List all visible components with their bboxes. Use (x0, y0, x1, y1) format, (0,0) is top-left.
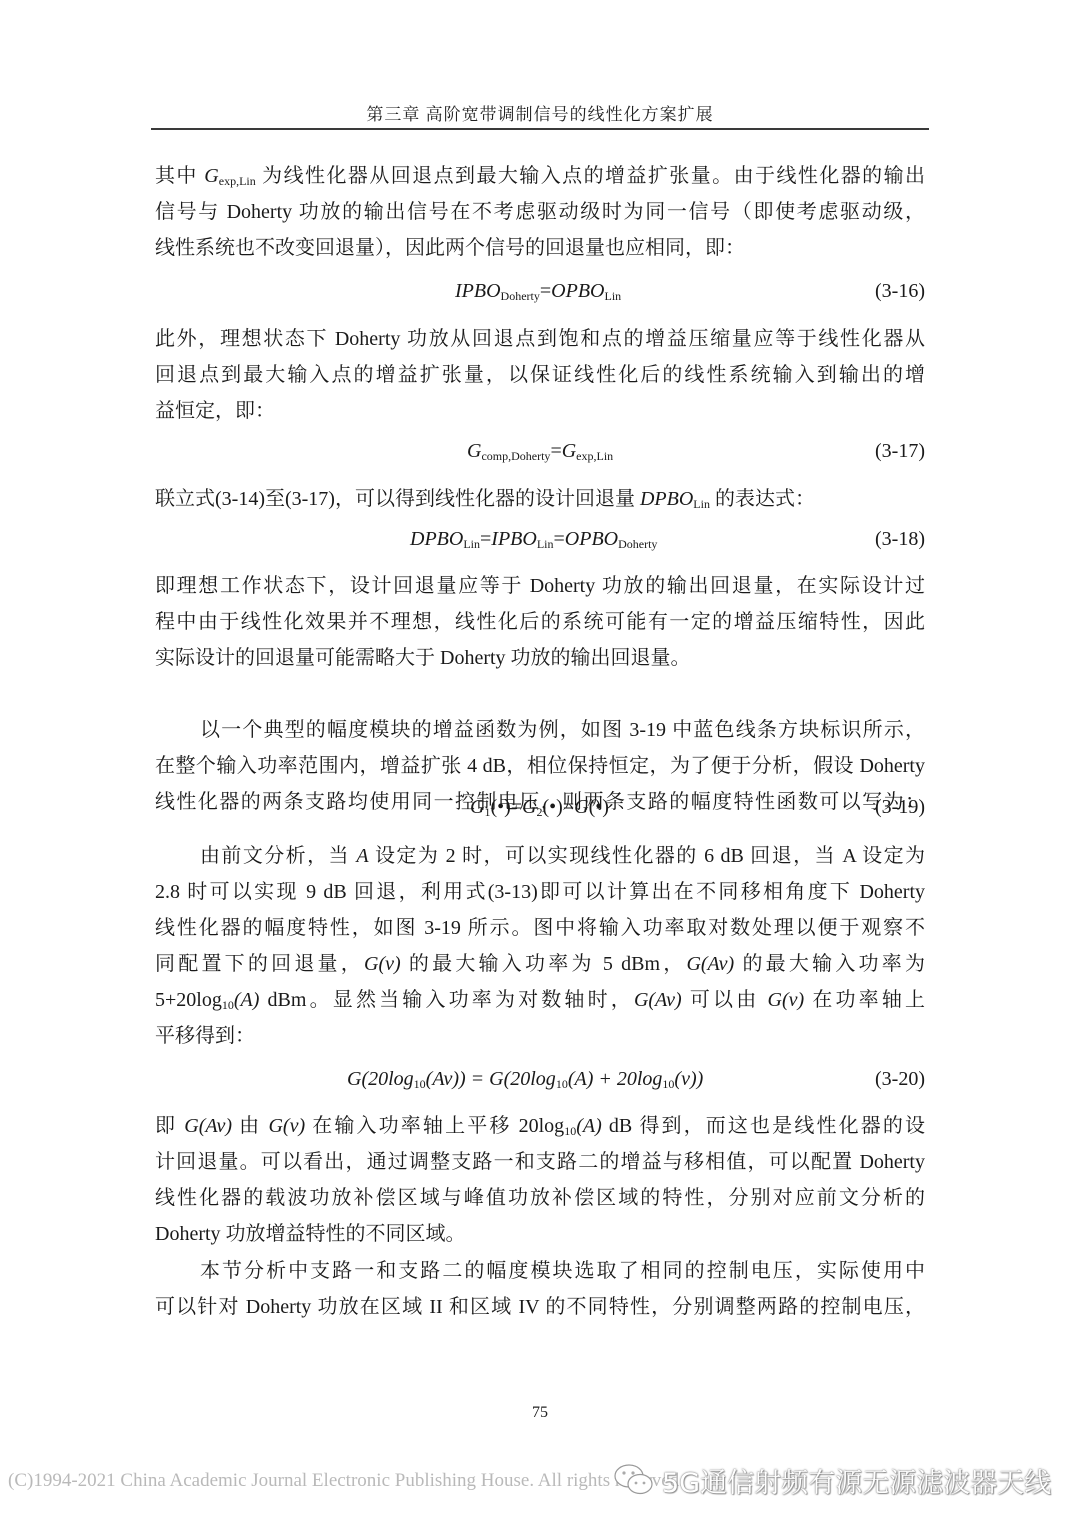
watermark-text: 5G通信射频有源无源滤波器天线 (662, 1461, 1051, 1500)
paragraph-line: 线性化器的幅度特性，如图 3-19 所示。图中将输入功率取对数处理以便于观察不 (155, 910, 925, 946)
equation-number: (3-17) (875, 436, 925, 466)
equation-3-20: G(20log10(Av)) = G(20log10(A) + 20log10(… (155, 1064, 925, 1094)
paragraph-line: 2.8 时可以实现 9 dB 回退，利用式(3-13)即可以计算出在不同移相角度… (155, 874, 925, 910)
paragraph-line: 联立式(3-14)至(3-17)，可以得到线性化器的设计回退量 DPBOLin … (155, 481, 925, 517)
page-number: 75 (0, 1404, 1080, 1422)
paragraph-line: 即理想工作状态下，设计回退量应等于 Doherty 功放的输出回退量，在实际设计… (155, 568, 925, 604)
paragraph-line: 5+20log10(A) dBm。显然当输入功率为对数轴时，G(Av) 可以由 … (155, 982, 925, 1018)
wechat-icon (612, 1462, 656, 1498)
paragraph-line: 以一个典型的幅度模块的增益函数为例，如图 3-19 中蓝色线条方块标识所示， (200, 712, 925, 748)
copyright-notice: (C)1994-2021 China Academic Journal Elec… (8, 1470, 684, 1492)
paragraph-line: 信号与 Doherty 功放的输出信号在不考虑驱动级时为同一信号（即使考虑驱动级… (155, 194, 925, 230)
equation-3-17: Gcomp,Doherty=Gexp,Lin (3-17) (155, 436, 925, 466)
equation-number: (3-16) (875, 276, 925, 306)
paragraph-line: 此外，理想状态下 Doherty 功放从回退点到饱和点的增益压缩量应等于线性化器… (155, 321, 925, 357)
equation-3-16: IPBODoherty=OPBOLin (3-16) (155, 276, 925, 306)
paragraph-line: 程中由于线性化效果并不理想，线性化后的系统可能有一定的增益压缩特性，因此 (155, 604, 925, 640)
paragraph-line: 同配置下的回退量，G(v) 的最大输入功率为 5 dBm，G(Av) 的最大输入… (155, 946, 925, 982)
paragraph-line: 其中 Gexp,Lin 为线性化器从回退点到最大输入点的增益扩张量。由于线性化器… (155, 158, 925, 194)
paragraph-line: 本节分析中支路一和支路二的幅度模块选取了相同的控制电压，实际使用中 (200, 1253, 925, 1289)
equation-number: (3-19) (875, 792, 925, 822)
paragraph-line: 平移得到： (155, 1018, 925, 1054)
paragraph-line: 可以针对 Doherty 功放在区域 II 和区域 IV 的不同特性，分别调整两… (155, 1289, 925, 1325)
running-header: 第三章 高阶宽带调制信号的线性化方案扩展 (150, 100, 930, 125)
equation-number: (3-20) (875, 1064, 925, 1094)
paragraph-line: 线性系统也不改变回退量），因此两个信号的回退量也应相同，即： (155, 230, 925, 266)
paragraph-line: Doherty 功放增益特性的不同区域。 (155, 1216, 925, 1252)
paragraph-line: 在整个输入功率范围内，增益扩张 4 dB，相位保持恒定，为了便于分析，假设 Do… (155, 748, 925, 784)
paragraph-line: 实际设计的回退量可能需略大于 Doherty 功放的输出回退量。 (155, 640, 925, 676)
paragraph-line: 由前文分析，当 A 设定为 2 时，可以实现线性化器的 6 dB 回退，当 A … (200, 838, 925, 874)
wechat-watermark: 5G通信射频有源无源滤波器天线 (612, 1460, 1051, 1500)
paragraph-line: 回退点到最大输入点的增益扩张量，以保证线性化后的线性系统输入到输出的增 (155, 357, 925, 393)
paragraph-line: 计回退量。可以看出，通过调整支路一和支路二的增益与移相值，可以配置 Dohert… (155, 1144, 925, 1180)
equation-3-18: DPBOLin=IPBOLin=OPBODoherty (3-18) (155, 524, 925, 554)
paragraph-line: 线性化器的载波功放补偿区域与峰值功放补偿区域的特性，分别对应前文分析的 (155, 1180, 925, 1216)
paragraph-line: 益恒定，即： (155, 393, 925, 429)
paragraph-line: 即 G(Av) 由 G(v) 在输入功率轴上平移 20log10(A) dB 得… (155, 1108, 925, 1144)
header-rule (151, 128, 929, 130)
equation-number: (3-18) (875, 524, 925, 554)
equation-3-19: G1(•)=G2(•)=G(•) (3-19) (155, 792, 925, 822)
